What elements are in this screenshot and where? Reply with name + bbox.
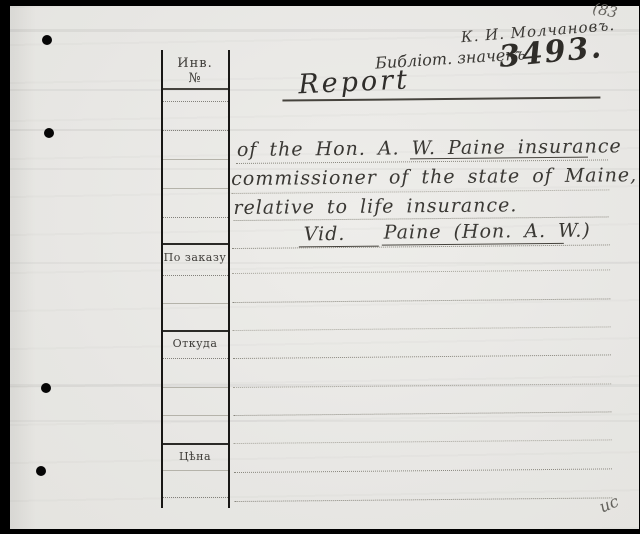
ruled-line [233, 326, 611, 331]
ruled-line [232, 269, 610, 274]
entry-text-line3: relative to life insurance. [233, 194, 517, 219]
ruled-line [234, 497, 612, 502]
ruled-line [234, 439, 612, 444]
ruled-line [231, 189, 609, 194]
ruled-line [233, 383, 611, 388]
see-reference-label: Vid. [304, 223, 346, 245]
handwritten-entry-area: (83 К. И. Молчановъ. Библіот. значекъ 34… [0, 0, 640, 534]
entry-text-line2: commissioner of the state of Maine, [231, 164, 637, 190]
see-reference-text: Paine (Hon. A. W.) [384, 220, 591, 244]
ruled-line [233, 411, 611, 416]
pencil-initials: ис [596, 491, 621, 516]
entry-title: Report [298, 64, 411, 100]
ruled-line [232, 298, 610, 303]
scanned-ledger-page: Инв. № По заказу Откуда Цѣна (83 К. И. М… [0, 0, 640, 534]
ruled-line [234, 468, 612, 473]
ruled-line [233, 354, 611, 359]
